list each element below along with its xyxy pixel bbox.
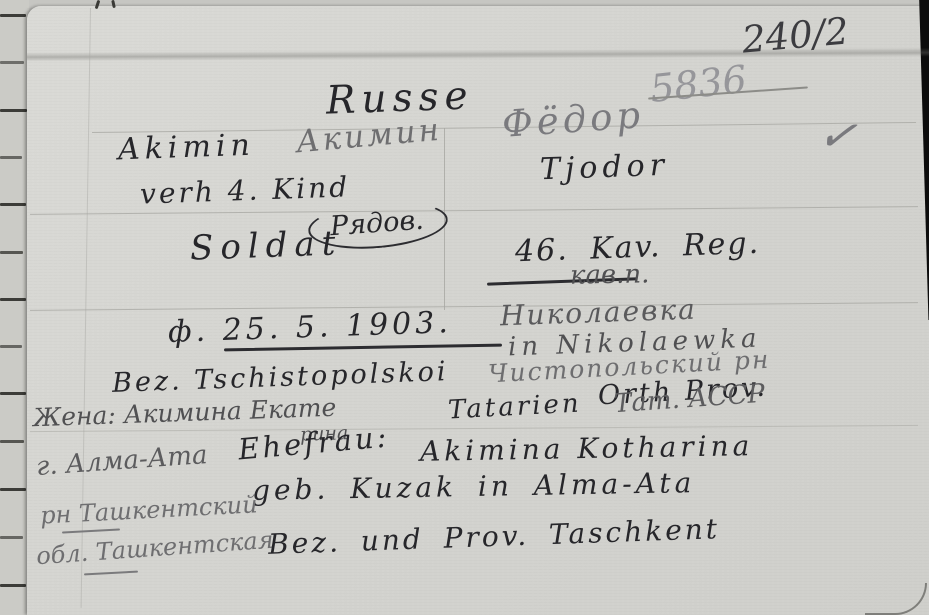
surname-latin: Akimin bbox=[117, 128, 255, 168]
thread-mark bbox=[111, 0, 116, 8]
wife-name-german: Akimina Kotharina bbox=[420, 429, 754, 468]
rank-cyrillic: Рядов. bbox=[329, 205, 425, 242]
checkmark: ✓ bbox=[814, 106, 860, 165]
firstname-latin: Tjodor bbox=[539, 148, 669, 187]
card-corner bbox=[865, 583, 927, 615]
unit-cyrillic: кав.п. bbox=[570, 259, 650, 290]
rank-german: Soldat bbox=[189, 223, 343, 268]
scanned-card-page: 240/2 5836 Russe Akimin Акимин Фёдор Tjo… bbox=[0, 0, 929, 615]
underlying-page-edge bbox=[0, 0, 29, 615]
